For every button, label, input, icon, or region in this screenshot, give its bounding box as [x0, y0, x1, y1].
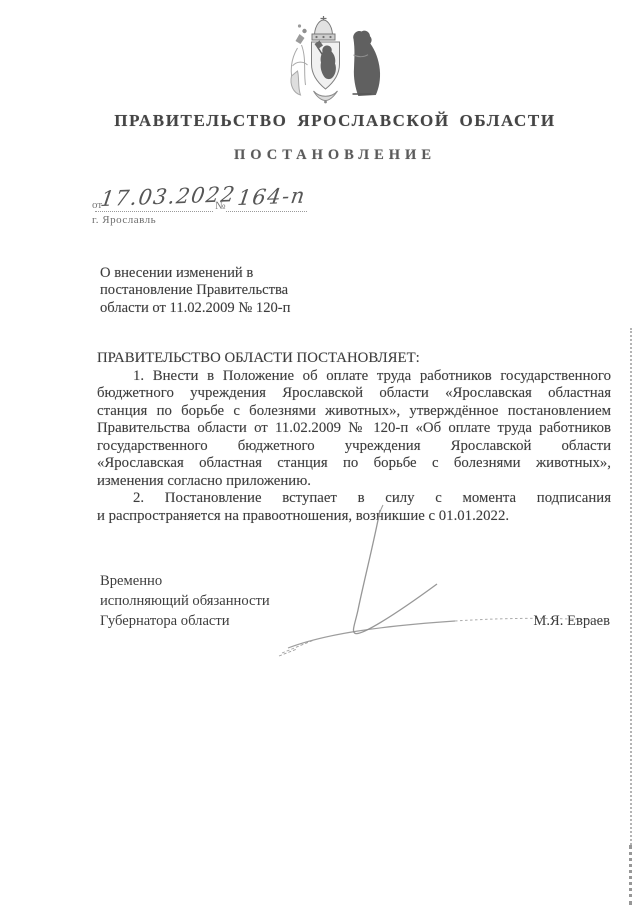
signer-title-line: Губернатора области — [100, 611, 270, 631]
body-line: Правительства области от 11.02.2009 № 12… — [97, 420, 611, 438]
subject-line: постановление Правительства — [100, 282, 360, 299]
handwritten-number: 164-п — [236, 183, 308, 210]
coat-of-arms-icon — [283, 14, 389, 104]
subject-line: О внесении изменений в — [100, 265, 360, 282]
signer-title-line: Временно — [100, 571, 270, 591]
signer-title-line: исполняющий обязанности — [100, 591, 270, 611]
body-line: 1. Внести в Положение об оплате труда ра… — [97, 368, 611, 386]
signer-name: М.Я. Евраев — [500, 613, 610, 630]
number-sign-label: № — [215, 200, 226, 212]
signature-icon — [270, 490, 620, 670]
signer-title-block: Временно исполняющий обязанности Губерна… — [100, 571, 270, 631]
body-line: государственного бюджетного учреждения Я… — [97, 438, 611, 456]
city-label: г. Ярославль — [92, 214, 156, 226]
ornament — [296, 34, 305, 44]
body-line: бюджетного учреждения Ярославской област… — [97, 385, 611, 403]
body-line: станция по борьбе с болезнями животных»,… — [97, 403, 611, 421]
scanned-document-page: ПРАВИТЕЛЬСТВО ЯРОСЛАВСКОЙ ОБЛАСТИ ПОСТАН… — [0, 0, 640, 905]
document-type-title: ПОСТАНОВЛЕНИЕ — [60, 147, 610, 164]
scan-edge-artifact-dense — [629, 845, 632, 905]
org-name: ПРАВИТЕЛЬСТВО ЯРОСЛАВСКОЙ ОБЛАСТИ — [60, 111, 610, 131]
subject-block: О внесении изменений в постановление Пра… — [100, 265, 360, 317]
subject-line: области от 11.02.2009 № 120-п — [100, 300, 360, 317]
body-line: изменения согласно приложению. — [97, 473, 611, 491]
body-line: «Ярославская областная станция по борьбе… — [97, 455, 611, 473]
date-underline — [95, 211, 213, 212]
scan-edge-artifact — [630, 328, 632, 845]
bear-supporter — [353, 31, 380, 96]
base-ornament — [314, 91, 338, 101]
crown — [312, 16, 335, 40]
resolution-line: ПРАВИТЕЛЬСТВО ОБЛАСТИ ПОСТАНОВЛЯЕТ: — [97, 350, 611, 368]
number-underline — [226, 211, 307, 212]
